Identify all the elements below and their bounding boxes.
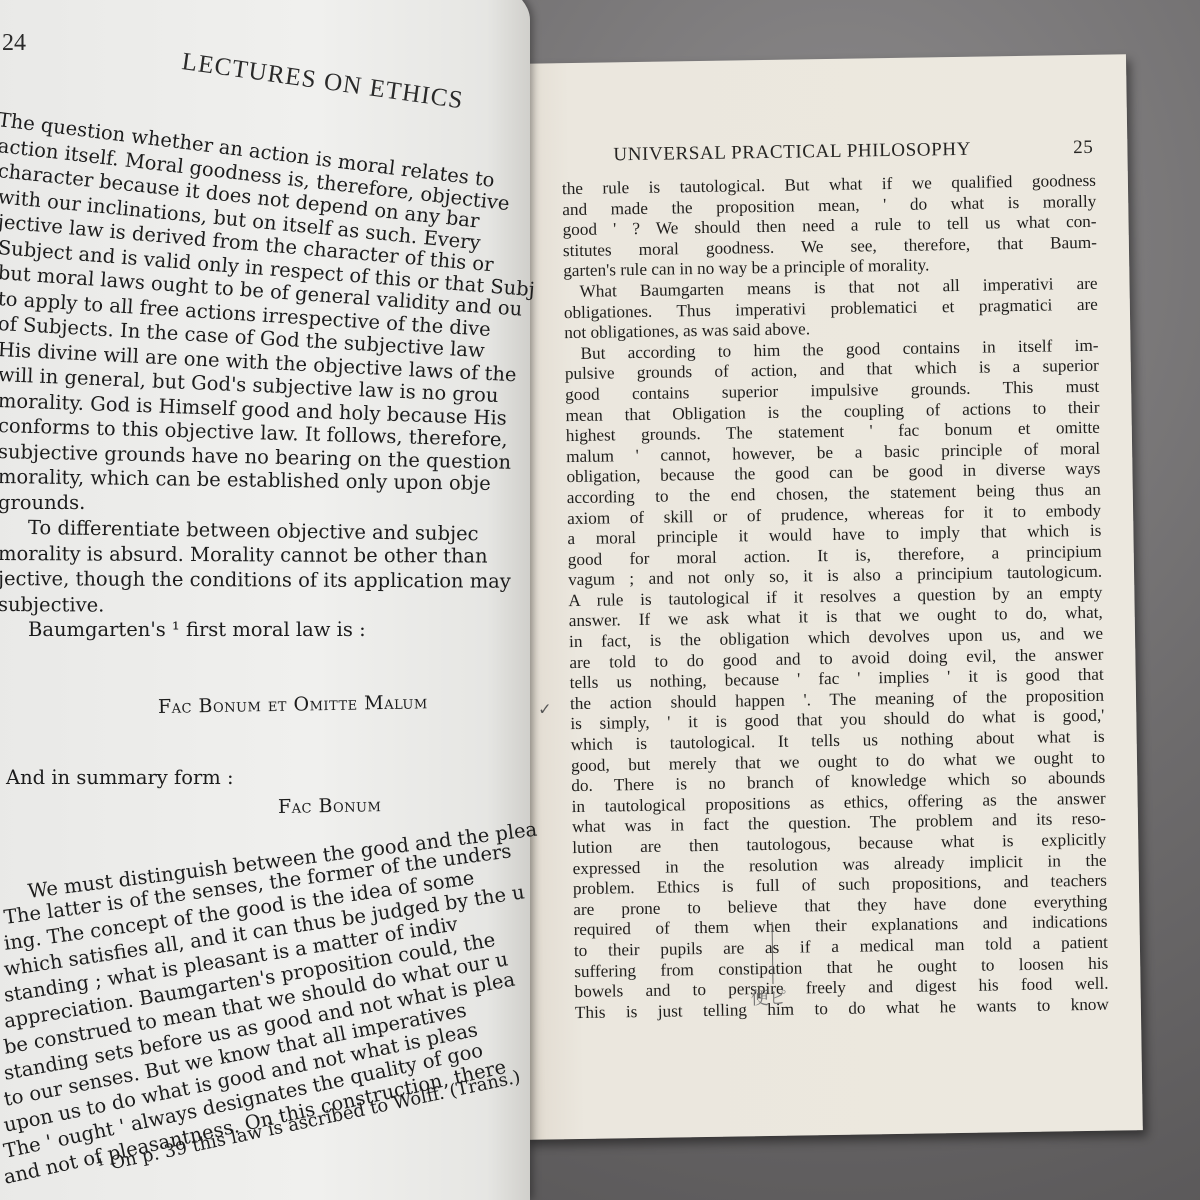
baumgarten-intro: Baumgarten's ¹ first moral law is : (28, 618, 366, 641)
left-page: 24 LECTURES ON ETHICS The question wheth… (0, 0, 530, 1200)
text-line: subjective. (0, 593, 104, 617)
summary-intro: And in summary form : (6, 766, 234, 789)
maxim-full: Fac Bonum et Omitte Malum (158, 691, 428, 718)
right-page-body: the rule is tautological. But what if we… (562, 171, 1109, 1024)
pencil-annotation: 便ピ (750, 984, 786, 1011)
text-line: grounds. (0, 491, 85, 514)
right-header-title: UNIVERSAL PRACTICAL PHILOSOPHY (613, 139, 971, 167)
book-photo: UNIVERSAL PRACTICAL PHILOSOPHY 25 the ru… (0, 0, 1200, 1200)
right-running-header: UNIVERSAL PRACTICAL PHILOSOPHY 25 (613, 137, 1093, 167)
right-page-number: 25 (1073, 137, 1094, 159)
text-line: To differentiate between objective and s… (28, 516, 479, 545)
text-line: morality is absurd. Morality cannot be o… (0, 542, 488, 568)
left-running-header: LECTURES ON ETHICS (180, 48, 465, 115)
text-line: jective, though the conditions of its ap… (0, 567, 511, 593)
right-page: UNIVERSAL PRACTICAL PHILOSOPHY 25 the ru… (508, 54, 1143, 1140)
pencil-check-mark: ✓ (538, 699, 552, 718)
left-page-number: 24 (2, 30, 26, 57)
maxim-short: Fac Bonum (278, 794, 382, 818)
